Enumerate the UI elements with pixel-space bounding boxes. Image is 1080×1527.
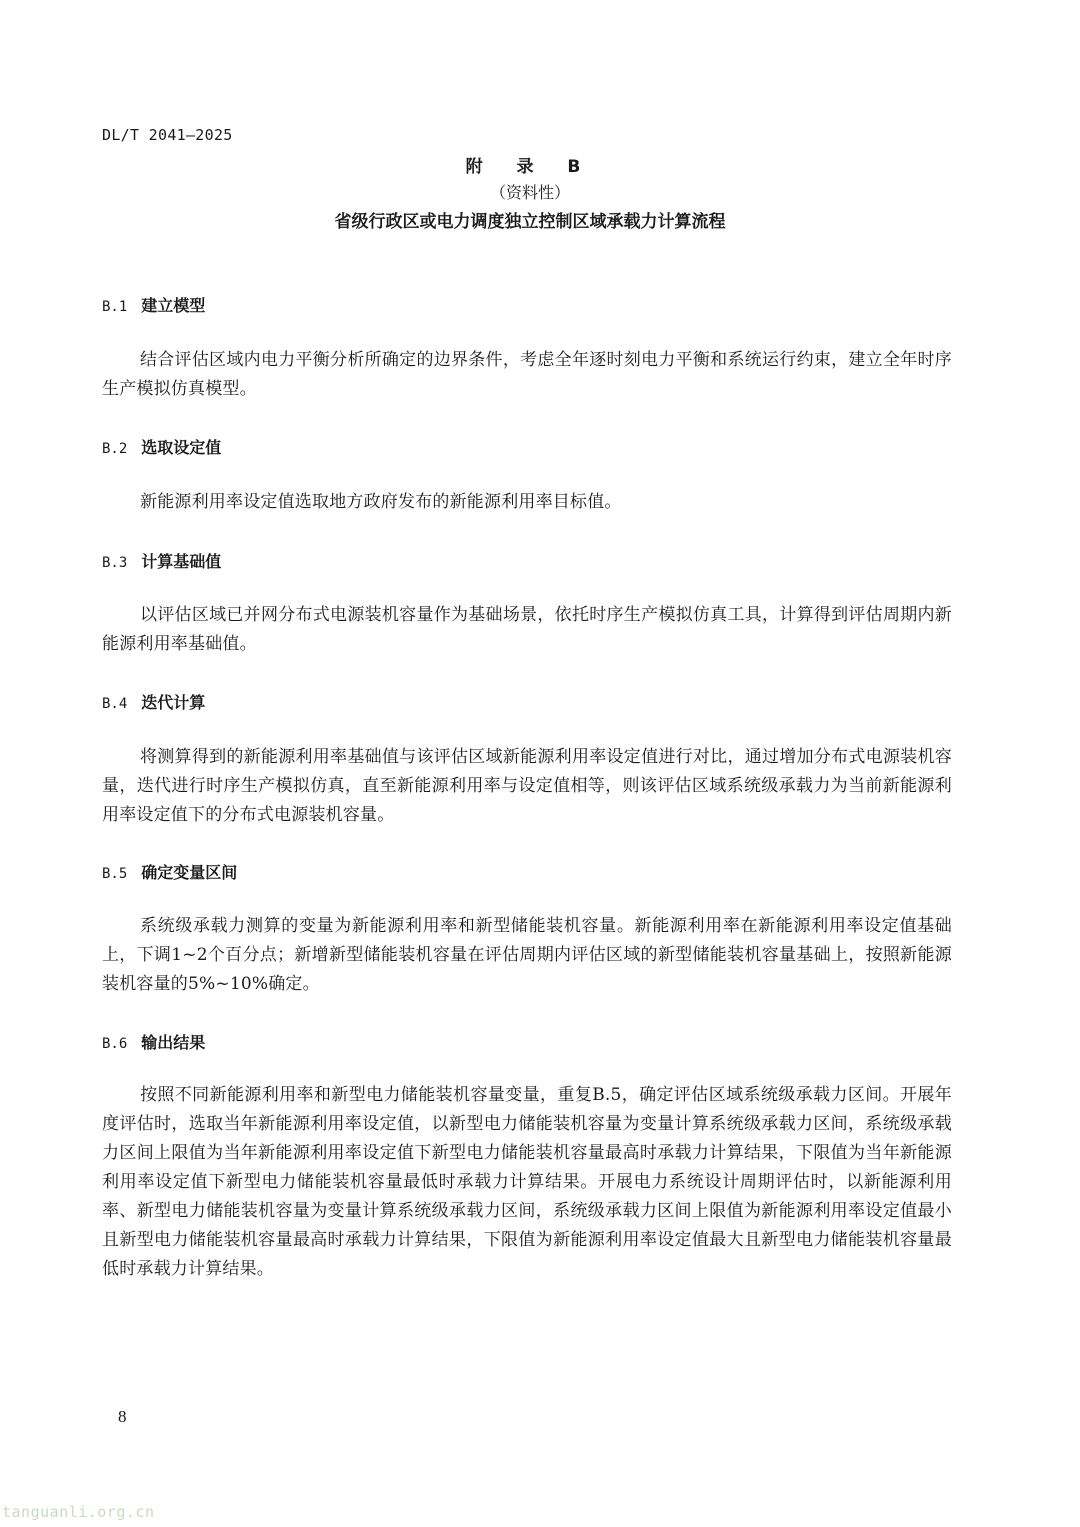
section-title: 确定变量区间 bbox=[141, 863, 237, 882]
section-number: B.4 bbox=[102, 696, 127, 712]
section-number: B.6 bbox=[102, 1036, 127, 1052]
section-title: 输出结果 bbox=[141, 1033, 205, 1052]
section-body-b5: 系统级承载力测算的变量为新能源利用率和新型储能装机容量。新能源利用率在新能源利用… bbox=[102, 912, 952, 999]
appendix-nature: （资料性） bbox=[300, 180, 760, 203]
section-body-b6: 按照不同新能源利用率和新型电力储能装机容量变量，重复B.5，确定评估区域系统级承… bbox=[102, 1081, 952, 1284]
section-body-b1: 结合评估区域内电力平衡分析所确定的边界条件，考虑全年逐时刻电力平衡和系统运行约束… bbox=[102, 346, 952, 404]
section-number: B.5 bbox=[102, 866, 127, 882]
appendix-heading: 省级行政区或电力调度独立控制区域承载力计算流程 bbox=[280, 207, 780, 232]
appendix-label: 附 录 B bbox=[300, 152, 760, 177]
section-title: 选取设定值 bbox=[141, 438, 221, 457]
section-number: B.1 bbox=[102, 299, 127, 315]
section-number: B.2 bbox=[102, 441, 127, 457]
section-heading-b2: B.2选取设定值 bbox=[102, 435, 221, 458]
section-body-b3: 以评估区域已并网分布式电源装机容量作为基础场景，依托时序生产模拟仿真工具，计算得… bbox=[102, 601, 952, 659]
section-title: 迭代计算 bbox=[141, 693, 205, 712]
standard-code: DL/T 2041—2025 bbox=[102, 126, 233, 144]
section-heading-b4: B.4迭代计算 bbox=[102, 690, 205, 713]
watermark: tanguanli.org.cn bbox=[2, 1503, 155, 1521]
section-number: B.3 bbox=[102, 555, 127, 571]
section-heading-b5: B.5确定变量区间 bbox=[102, 860, 237, 883]
section-heading-b6: B.6输出结果 bbox=[102, 1030, 205, 1053]
section-title: 建立模型 bbox=[141, 296, 205, 315]
section-body-b4: 将测算得到的新能源利用率基础值与该评估区域新能源利用率设定值进行对比，通过增加分… bbox=[102, 743, 952, 830]
section-heading-b3: B.3计算基础值 bbox=[102, 549, 221, 572]
section-title: 计算基础值 bbox=[141, 552, 221, 571]
section-heading-b1: B.1建立模型 bbox=[102, 293, 205, 316]
page-number: 8 bbox=[118, 1407, 127, 1427]
section-body-b2: 新能源利用率设定值选取地方政府发布的新能源利用率目标值。 bbox=[102, 488, 952, 517]
